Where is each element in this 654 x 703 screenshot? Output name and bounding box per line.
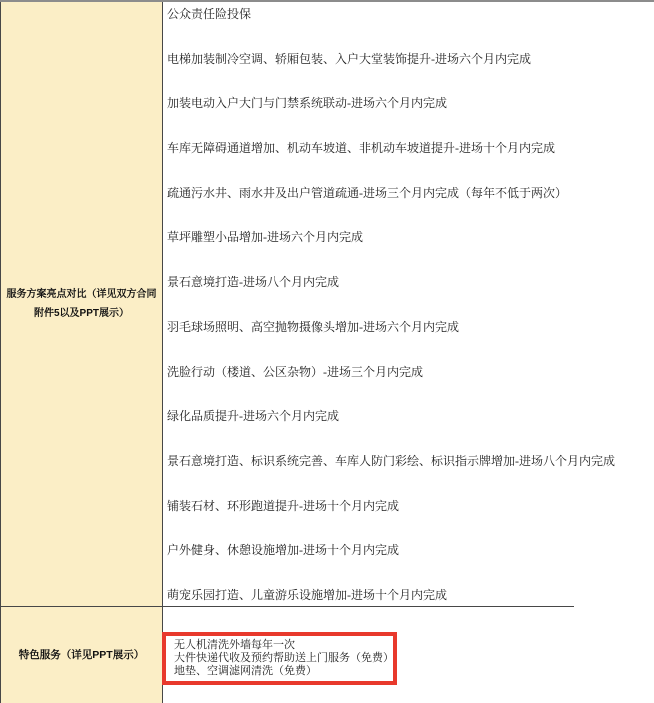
service-item: 车库无障碍通道增加、机动车坡道、非机动车坡道提升-进场十个月内完成 (167, 141, 650, 156)
service-item: 羽毛球场照明、高空抛物摄像头增加-进场六个月内完成 (167, 320, 650, 335)
table-row-service-plan-highlights: 服务方案亮点对比（详见双方合同附件5以及PPT展示） 公众责任险投保 电梯加装制… (1, 2, 654, 606)
row-label-service-plan-highlights: 服务方案亮点对比（详见双方合同附件5以及PPT展示） (1, 2, 163, 606)
document-page: 服务方案亮点对比（详见双方合同附件5以及PPT展示） 公众责任险投保 电梯加装制… (0, 0, 654, 703)
service-item: 洗脸行动（楼道、公区杂物）-进场三个月内完成 (167, 365, 650, 380)
comparison-table: 服务方案亮点对比（详见双方合同附件5以及PPT展示） 公众责任险投保 电梯加装制… (1, 2, 654, 703)
service-item: 草坪雕塑小品增加-进场六个月内完成 (167, 230, 650, 245)
row-label-text: 服务方案亮点对比（详见双方合同附件5以及PPT展示） (3, 285, 160, 323)
special-service-item: 大件快递代收及预约帮助送上门服务（免费） (174, 652, 385, 665)
service-items-cell: 公众责任险投保 电梯加装制冷空调、轿厢包装、入户大堂装饰提升-进场六个月内完成 … (163, 2, 654, 606)
table-row-divider (0, 606, 574, 607)
special-service-item: 地垫、空调滤网清洗（免费） (174, 665, 385, 678)
row-label-text: 特色服务（详见PPT展示） (19, 648, 144, 662)
service-item: 景石意境打造、标识系统完善、车库人防门彩绘、标识指示牌增加-进场八个月内完成 (167, 454, 650, 469)
service-item: 景石意境打造-进场八个月内完成 (167, 275, 650, 290)
table-row-special-services: 特色服务（详见PPT展示） 无人机清洗外墙每年一次 大件快递代收及预约帮助送上门… (1, 606, 654, 703)
service-item: 公众责任险投保 (167, 7, 650, 22)
special-service-item: 无人机清洗外墙每年一次 (174, 639, 385, 652)
red-highlight-box: 无人机清洗外墙每年一次 大件快递代收及预约帮助送上门服务（免费） 地垫、空调滤网… (162, 632, 397, 685)
service-items-list: 公众责任险投保 电梯加装制冷空调、轿厢包装、入户大堂装饰提升-进场六个月内完成 … (163, 2, 654, 606)
service-item: 萌宠乐园打造、儿童游乐设施增加-进场十个月内完成 (167, 588, 650, 603)
special-services-cell: 无人机清洗外墙每年一次 大件快递代收及预约帮助送上门服务（免费） 地垫、空调滤网… (163, 606, 654, 703)
service-item: 铺装石材、环形跑道提升-进场十个月内完成 (167, 499, 650, 514)
service-item: 电梯加装制冷空调、轿厢包装、入户大堂装饰提升-进场六个月内完成 (167, 52, 650, 67)
service-item: 疏通污水井、雨水井及出户管道疏通-进场三个月内完成（每年不低于两次） (167, 186, 650, 201)
service-item: 绿化品质提升-进场六个月内完成 (167, 409, 650, 424)
row-label-special-services: 特色服务（详见PPT展示） (1, 606, 163, 703)
service-item: 加装电动入户大门与门禁系统联动-进场六个月内完成 (167, 96, 650, 111)
service-item: 户外健身、休憩设施增加-进场十个月内完成 (167, 543, 650, 558)
